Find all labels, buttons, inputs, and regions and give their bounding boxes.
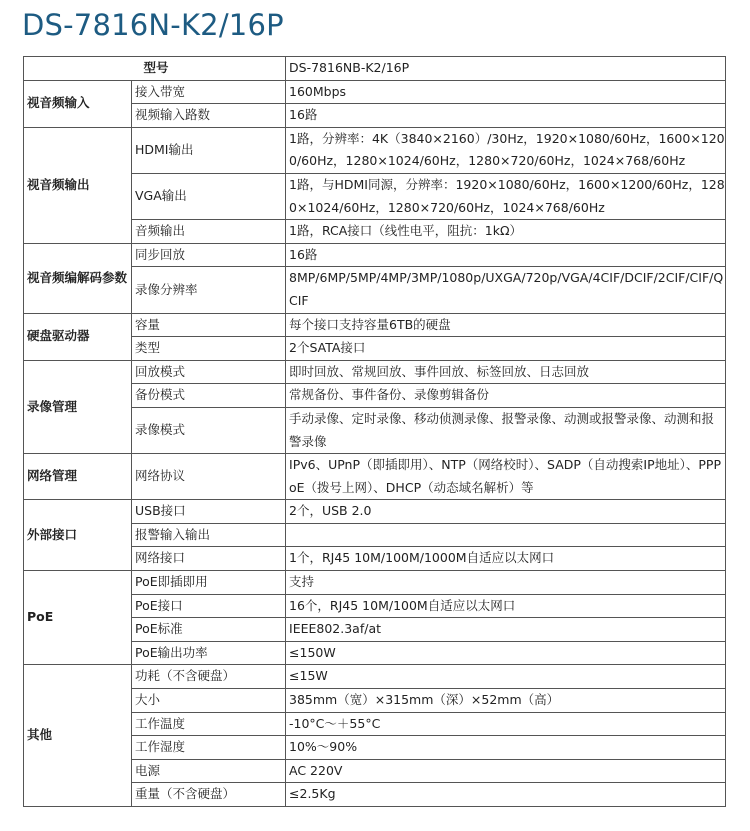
spec-value: 常规备份、事件备份、录像剪辑备份 bbox=[286, 384, 726, 408]
spec-label: 工作湿度 bbox=[132, 736, 286, 760]
spec-label: 录像模式 bbox=[132, 407, 286, 453]
table-row: 录像管理 回放模式 即时回放、常规回放、事件回放、标签回放、日志回放 bbox=[24, 360, 726, 384]
category-cell: PoE bbox=[24, 571, 132, 665]
spec-value bbox=[286, 523, 726, 547]
category-cell: 网络管理 bbox=[24, 454, 132, 500]
spec-label: 功耗（不含硬盘） bbox=[132, 665, 286, 689]
spec-label: HDMI输出 bbox=[132, 127, 286, 173]
spec-label: 网络协议 bbox=[132, 454, 286, 500]
table-row: 网络管理 网络协议 IPv6、UPnP（即插即用）、NTP（网络校时）、SADP… bbox=[24, 454, 726, 500]
spec-label: 报警输入输出 bbox=[132, 523, 286, 547]
spec-value: 即时回放、常规回放、事件回放、标签回放、日志回放 bbox=[286, 360, 726, 384]
spec-value: 1路，与HDMI同源，分辨率：1920×1080/60Hz，1600×1200/… bbox=[286, 173, 726, 219]
spec-value: ≤15W bbox=[286, 665, 726, 689]
spec-label: 回放模式 bbox=[132, 360, 286, 384]
table-row: 视音频输入 接入带宽 160Mbps bbox=[24, 80, 726, 104]
spec-value: 每个接口支持容量6TB的硬盘 bbox=[286, 313, 726, 337]
table-row: 视音频输出 HDMI输出 1路，分辨率：4K（3840×2160）/30Hz，1… bbox=[24, 127, 726, 173]
category-cell: 硬盘驱动器 bbox=[24, 313, 132, 360]
spec-label: USB接口 bbox=[132, 500, 286, 524]
model-label: 型号 bbox=[24, 57, 286, 81]
spec-value: 2个，USB 2.0 bbox=[286, 500, 726, 524]
table-row: 其他 功耗（不含硬盘） ≤15W bbox=[24, 665, 726, 689]
table-row: 外部接口 USB接口 2个，USB 2.0 bbox=[24, 500, 726, 524]
category-cell: 视音频输入 bbox=[24, 80, 132, 127]
spec-value: ≤150W bbox=[286, 641, 726, 665]
spec-label: 视频输入路数 bbox=[132, 104, 286, 128]
spec-label: VGA输出 bbox=[132, 173, 286, 219]
spec-label: 音频输出 bbox=[132, 220, 286, 244]
category-cell: 录像管理 bbox=[24, 360, 132, 453]
spec-value: 16路 bbox=[286, 104, 726, 128]
spec-label: 电源 bbox=[132, 759, 286, 783]
spec-value: 385mm（宽）×315mm（深）×52mm（高） bbox=[286, 689, 726, 713]
table-header-row: 型号 DS-7816NB-K2/16P bbox=[24, 57, 726, 81]
spec-value: 支持 bbox=[286, 571, 726, 595]
spec-label: 重量（不含硬盘） bbox=[132, 783, 286, 807]
spec-value: 16个，RJ45 10M/100M自适应以太网口 bbox=[286, 594, 726, 618]
spec-value: 10%～90% bbox=[286, 736, 726, 760]
category-cell: 视音频输出 bbox=[24, 127, 132, 243]
spec-label: PoE标准 bbox=[132, 618, 286, 642]
spec-label: 类型 bbox=[132, 337, 286, 361]
spec-value: 160Mbps bbox=[286, 80, 726, 104]
spec-label: 录像分辨率 bbox=[132, 267, 286, 313]
table-row: 视音频编解码参数 同步回放 16路 bbox=[24, 243, 726, 267]
spec-value: 1路，RCA接口（线性电平，阻抗：1kΩ） bbox=[286, 220, 726, 244]
spec-label: PoE即插即用 bbox=[132, 571, 286, 595]
spec-value: ≤2.5Kg bbox=[286, 783, 726, 807]
model-value: DS-7816NB-K2/16P bbox=[286, 57, 726, 81]
spec-value: -10°C～＋55°C bbox=[286, 712, 726, 736]
page-title: DS-7816N-K2/16P bbox=[22, 8, 284, 42]
table-row: PoE PoE即插即用 支持 bbox=[24, 571, 726, 595]
spec-value: 1个，RJ45 10M/100M/1000M自适应以太网口 bbox=[286, 547, 726, 571]
spec-value: 2个SATA接口 bbox=[286, 337, 726, 361]
spec-value: 8MP/6MP/5MP/4MP/3MP/1080p/UXGA/720p/VGA/… bbox=[286, 267, 726, 313]
spec-label: PoE输出功率 bbox=[132, 641, 286, 665]
table-row: 硬盘驱动器 容量 每个接口支持容量6TB的硬盘 bbox=[24, 313, 726, 337]
spec-table: 型号 DS-7816NB-K2/16P 视音频输入 接入带宽 160Mbps 视… bbox=[23, 56, 726, 807]
spec-value: AC 220V bbox=[286, 759, 726, 783]
spec-value: 手动录像、定时录像、移动侦测录像、报警录像、动测或报警录像、动测和报警录像 bbox=[286, 407, 726, 453]
spec-value: 1路，分辨率：4K（3840×2160）/30Hz，1920×1080/60Hz… bbox=[286, 127, 726, 173]
spec-value: IEEE802.3af/at bbox=[286, 618, 726, 642]
spec-value: 16路 bbox=[286, 243, 726, 267]
spec-label: 接入带宽 bbox=[132, 80, 286, 104]
spec-label: 工作温度 bbox=[132, 712, 286, 736]
category-cell: 视音频编解码参数 bbox=[24, 243, 132, 313]
spec-label: 容量 bbox=[132, 313, 286, 337]
category-cell: 其他 bbox=[24, 665, 132, 807]
spec-value: IPv6、UPnP（即插即用）、NTP（网络校时）、SADP（自动搜索IP地址）… bbox=[286, 454, 726, 500]
spec-label: PoE接口 bbox=[132, 594, 286, 618]
category-cell: 外部接口 bbox=[24, 500, 132, 571]
spec-label: 大小 bbox=[132, 689, 286, 713]
spec-label: 备份模式 bbox=[132, 384, 286, 408]
spec-label: 同步回放 bbox=[132, 243, 286, 267]
spec-label: 网络接口 bbox=[132, 547, 286, 571]
